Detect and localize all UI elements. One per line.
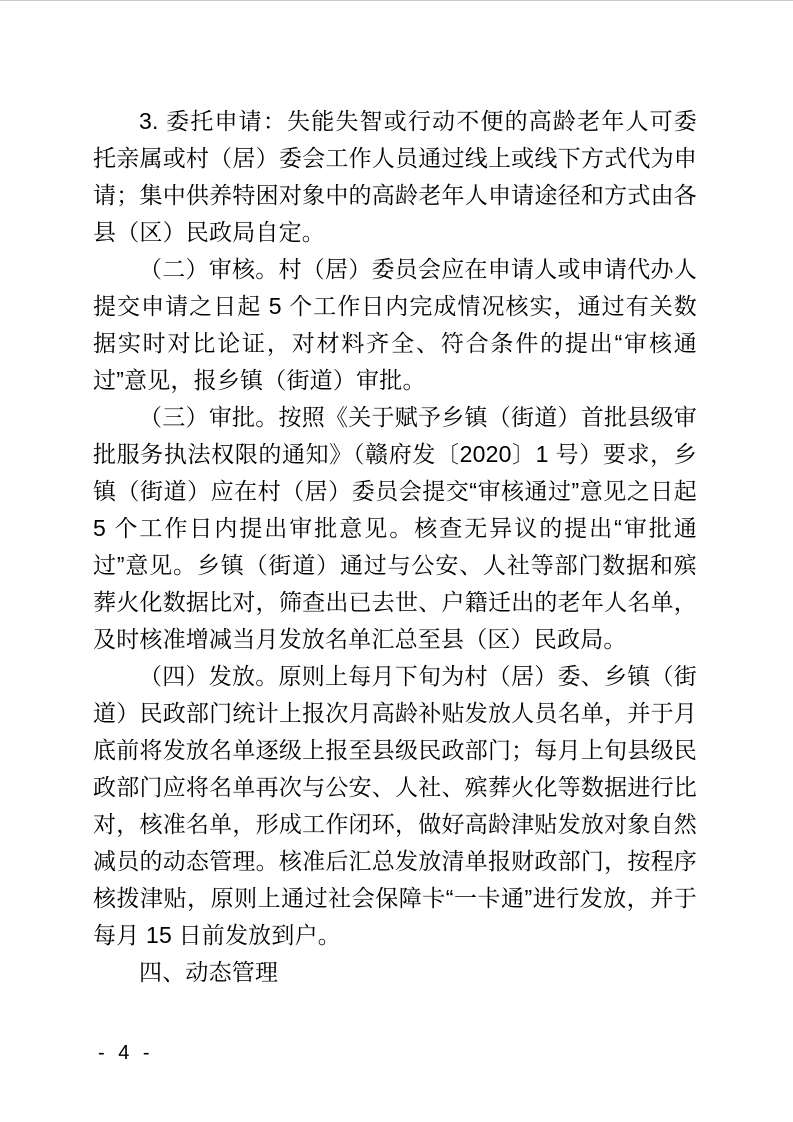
paragraph-review: （二）审核。村（居）委员会应在申请人或申请代办人提交申请之日起 5 个工作日内完…	[93, 251, 697, 399]
paragraph-disbursement: （四）发放。原则上每月下旬为村（居）委、乡镇（街道）民政部门统计上报次月高龄补贴…	[93, 658, 697, 954]
paragraph-delegated-application: 3. 委托申请：失能失智或行动不便的高龄老年人可委托亲属或村（居）委会工作人员通…	[93, 103, 697, 251]
document-page: 3. 委托申请：失能失智或行动不便的高龄老年人可委托亲属或村（居）委会工作人员通…	[0, 0, 793, 1122]
document-body: 3. 委托申请：失能失智或行动不便的高龄老年人可委托亲属或村（居）委会工作人员通…	[93, 103, 697, 991]
page-number: - 4 -	[98, 1042, 154, 1065]
paragraph-approval: （三）审批。按照《关于赋予乡镇（街道）首批县级审批服务执法权限的通知》（赣府发〔…	[93, 399, 697, 658]
heading-dynamic-management: 四、动态管理	[93, 954, 697, 991]
scan-top-edge	[0, 0, 793, 1]
